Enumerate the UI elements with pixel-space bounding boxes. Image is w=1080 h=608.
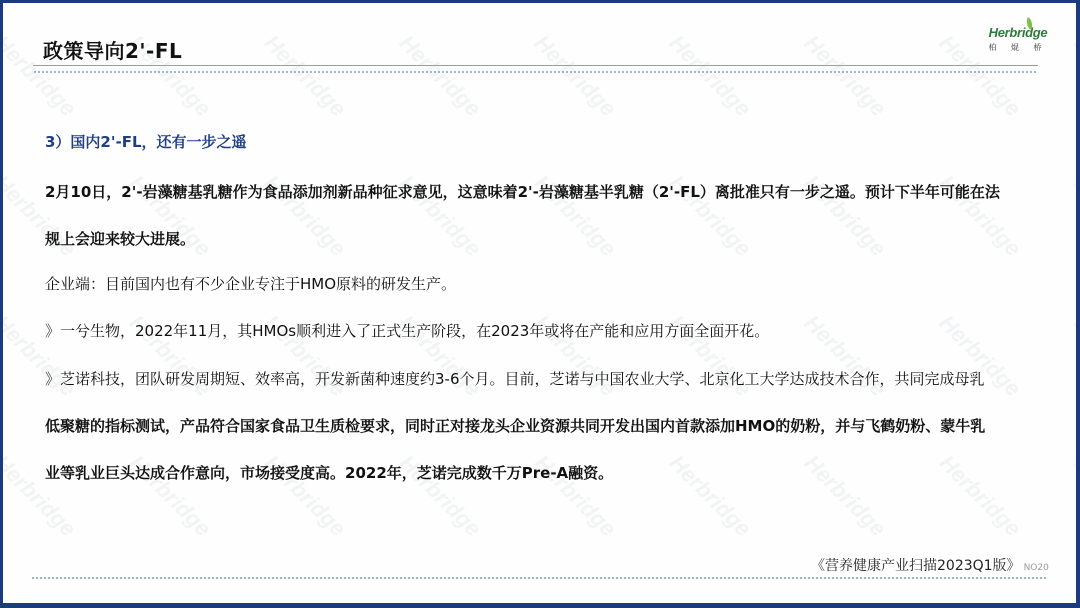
watermark-text: Herbridge: [1069, 310, 1076, 402]
logo-wordmark: Herbridge: [983, 25, 1053, 40]
title-underline: [33, 65, 1038, 66]
watermark-text: Herbridge: [664, 30, 756, 122]
watermark-text: Herbridge: [934, 450, 1026, 542]
watermark-text: Herbridge: [394, 30, 486, 122]
logo-text-cn: 柏 焜 桥: [983, 42, 1053, 53]
watermark-text: Herbridge: [799, 450, 891, 542]
herbridge-logo: Herbridge 柏 焜 桥: [983, 25, 1053, 53]
watermark-layer: HerbridgeHerbridgeHerbridgeHerbridgeHerb…: [3, 3, 1076, 603]
watermark-text: Herbridge: [1069, 170, 1076, 262]
page-number: NO20: [1024, 563, 1049, 573]
watermark-text: Herbridge: [529, 30, 621, 122]
paragraph-1-line-2: 规上会迎来较大进展。: [45, 228, 195, 249]
watermark-text: Herbridge: [1069, 450, 1076, 542]
header-dotted-divider: [33, 71, 1038, 73]
page-title: 政策导向2'-FL: [43, 35, 182, 64]
paragraph-zhinuo-line-1: 》芝诺科技，团队研发周期短、效率高，开发新菌种速度约3-6个月。目前，芝诺与中国…: [45, 368, 985, 389]
footer-source: 《营养健康产业扫描2023Q1版》NO20: [811, 555, 1049, 575]
paragraph-zhinuo-line-3: 业等乳业巨头达成合作意向，市场接受度高。2022年，芝诺完成数千万Pre-A融资…: [45, 462, 613, 483]
slide: HerbridgeHerbridgeHerbridgeHerbridgeHerb…: [3, 3, 1076, 603]
section-subheading: 3）国内2'-FL，还有一步之遥: [45, 131, 247, 152]
footer-source-text: 《营养健康产业扫描2023Q1版》: [811, 558, 1021, 574]
paragraph-zhinuo-line-2: 低聚糖的指标测试，产品符合国家食品卫生质检要求，同时正对接龙头企业资源共同开发出…: [45, 415, 985, 436]
watermark-text: Herbridge: [1069, 30, 1076, 122]
watermark-text: Herbridge: [664, 450, 756, 542]
watermark-text: Herbridge: [799, 30, 891, 122]
slide-frame: HerbridgeHerbridgeHerbridgeHerbridgeHerb…: [0, 0, 1080, 608]
paragraph-yixi-bio: 》一兮生物，2022年11月，其HMOs顺利进入了正式生产阶段，在2023年或将…: [45, 320, 769, 341]
paragraph-1-line-1: 2月10日，2'-岩藻糖基乳糖作为食品添加剂新品种征求意见，这意味着2'-岩藻糖…: [45, 181, 1000, 202]
logo-text-en: Herbridge: [989, 25, 1048, 40]
footer-dotted-divider: [31, 577, 1046, 579]
watermark-text: Herbridge: [259, 30, 351, 122]
paragraph-enterprise-intro: 企业端：目前国内也有不少企业专注于HMO原料的研发生产。: [45, 273, 456, 294]
